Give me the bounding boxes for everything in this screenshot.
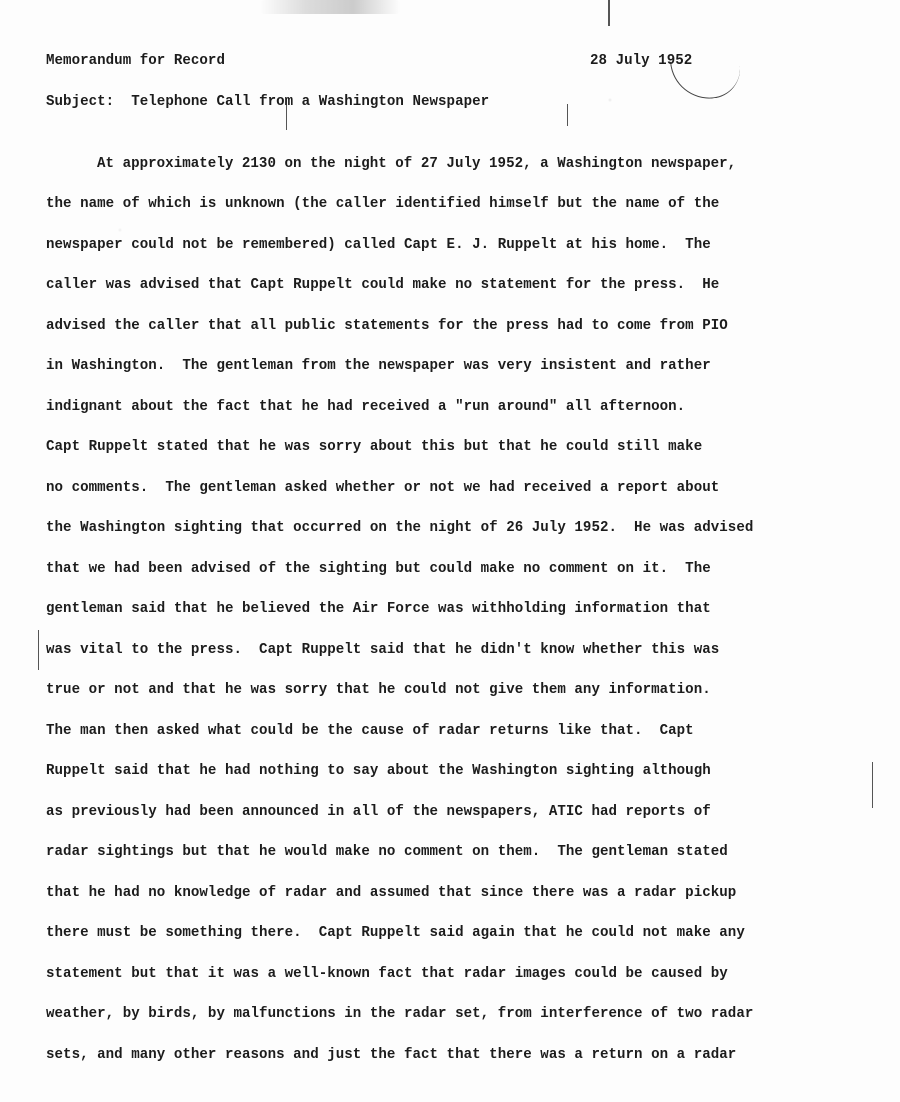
- subject-label: Subject:: [46, 92, 114, 110]
- body-line: that we had been advised of the sighting…: [46, 558, 711, 578]
- body-line: in Washington. The gentleman from the ne…: [46, 355, 711, 375]
- body-line: advised the caller that all public state…: [46, 315, 728, 335]
- body-line: gentleman said that he believed the Air …: [46, 598, 711, 618]
- body-line: indignant about the fact that he had rec…: [46, 396, 685, 416]
- body-line: At approximately 2130 on the night of 27…: [97, 153, 736, 173]
- body-line: true or not and that he was sorry that h…: [46, 679, 711, 699]
- body-line: caller was advised that Capt Ruppelt cou…: [46, 274, 719, 294]
- body-line: The man then asked what could be the cau…: [46, 720, 694, 740]
- body-line: Capt Ruppelt stated that he was sorry ab…: [46, 436, 702, 456]
- memorandum-page: Memorandum for Record 28 July 1952 Subje…: [0, 0, 900, 1102]
- memo-date: 28 July 1952: [590, 50, 692, 70]
- body-line: Ruppelt said that he had nothing to say …: [46, 760, 711, 780]
- body-line: was vital to the press. Capt Ruppelt sai…: [46, 639, 719, 659]
- scan-artifact: [260, 0, 400, 14]
- scan-artifact: [567, 104, 568, 126]
- body-line: as previously had been announced in all …: [46, 801, 711, 821]
- scan-artifact: [872, 762, 873, 808]
- body-line: weather, by birds, by malfunctions in th…: [46, 1003, 753, 1023]
- body-line: statement but that it was a well-known f…: [46, 963, 728, 983]
- memo-title: Memorandum for Record: [46, 50, 225, 70]
- scan-artifact: [608, 0, 610, 26]
- body-line: radar sightings but that he would make n…: [46, 841, 728, 861]
- scan-artifact: [38, 630, 39, 670]
- body-line: there must be something there. Capt Rupp…: [46, 922, 745, 942]
- body-line: the Washington sighting that occurred on…: [46, 517, 753, 537]
- body-line: that he had no knowledge of radar and as…: [46, 882, 736, 902]
- body-line: the name of which is unknown (the caller…: [46, 193, 719, 213]
- subject-text: Telephone Call from a Washington Newspap…: [131, 92, 489, 110]
- memo-subject: Subject: Telephone Call from a Washingto…: [46, 91, 489, 111]
- body-line: sets, and many other reasons and just th…: [46, 1044, 736, 1064]
- body-line: no comments. The gentleman asked whether…: [46, 477, 719, 497]
- body-line: newspaper could not be remembered) calle…: [46, 234, 711, 254]
